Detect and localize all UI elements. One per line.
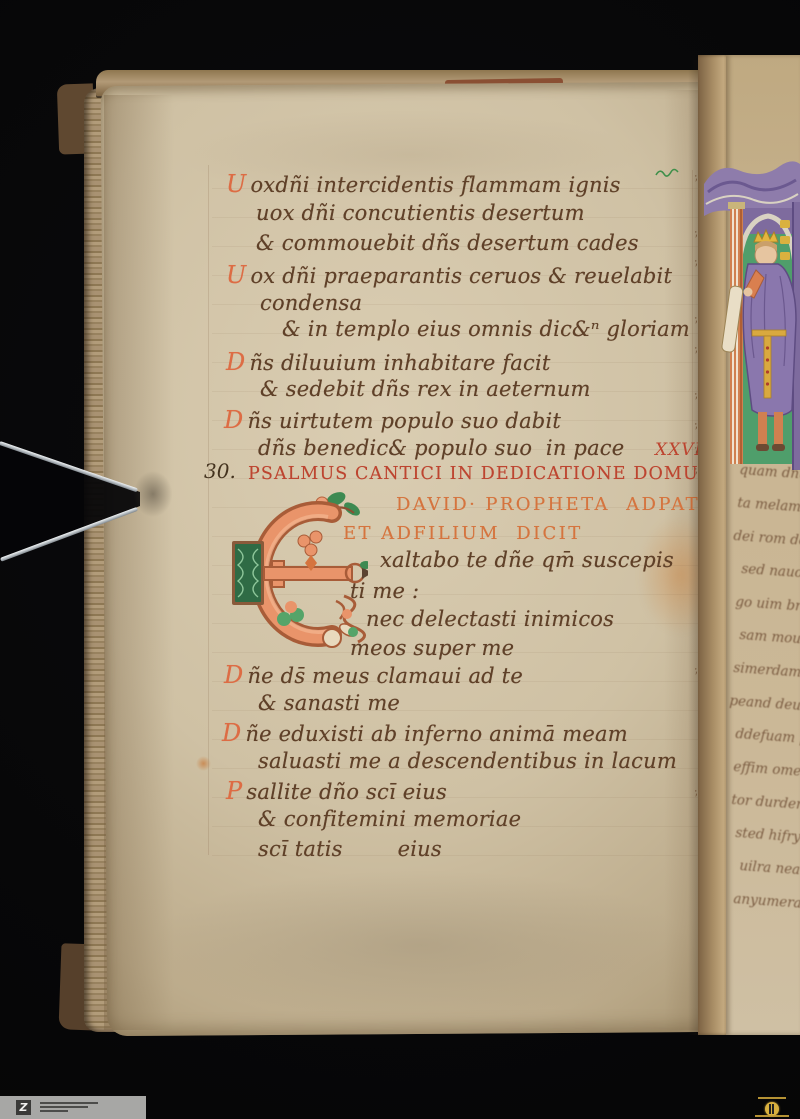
fragment-text-line: dei rom demeulaur fl bbox=[733, 528, 800, 554]
fragment-text-line: sted hifryune meo bbox=[735, 825, 800, 850]
fragment-text-line: sed nauonum lusta bbox=[741, 561, 800, 586]
fragment-text-line: ddefuam puam ame bbox=[735, 726, 800, 751]
fragment-text-line: uilra nea rupamam bbox=[739, 858, 800, 883]
library-logo-icon: Z bbox=[16, 1100, 31, 1115]
emblem-caption-top bbox=[758, 1097, 786, 1099]
emblem-caption-bottom bbox=[755, 1115, 789, 1117]
fragment-text-line: effim omer hicul bbox=[733, 759, 800, 783]
fragment-text-line: anyumerabi puluif bbox=[733, 891, 800, 916]
fragment-text-line: quam dnuonir nuf bbox=[739, 462, 800, 487]
fragment-text-line: simerdamor cu bbox=[733, 660, 800, 683]
fragment-text-line: ta melam ueruf bbox=[737, 495, 800, 518]
fragment-text-line: go uim bramslondum bbox=[735, 594, 800, 620]
watermark-text-line bbox=[40, 1110, 68, 1112]
watermark-text-line bbox=[40, 1106, 88, 1108]
right-page-text-fragments: quam dnuonir nufta melam uerufdei rom de… bbox=[0, 0, 800, 1119]
fragment-text-line: tor durder suddfim udrpo bbox=[731, 792, 800, 820]
library-watermark-bar: Z bbox=[0, 1096, 146, 1119]
fragment-text-line: sam moudty nuter un bbox=[739, 627, 800, 653]
manuscript-photo-scene: Uoxdñi intercidentis flammam ignisuox dñ… bbox=[0, 0, 800, 1119]
page-notch-shadow bbox=[126, 462, 180, 526]
gold-roundel-icon bbox=[765, 1102, 779, 1116]
watermark-text-line bbox=[40, 1102, 98, 1104]
fragment-text-line: peand deumnen uchm bbox=[729, 693, 800, 720]
